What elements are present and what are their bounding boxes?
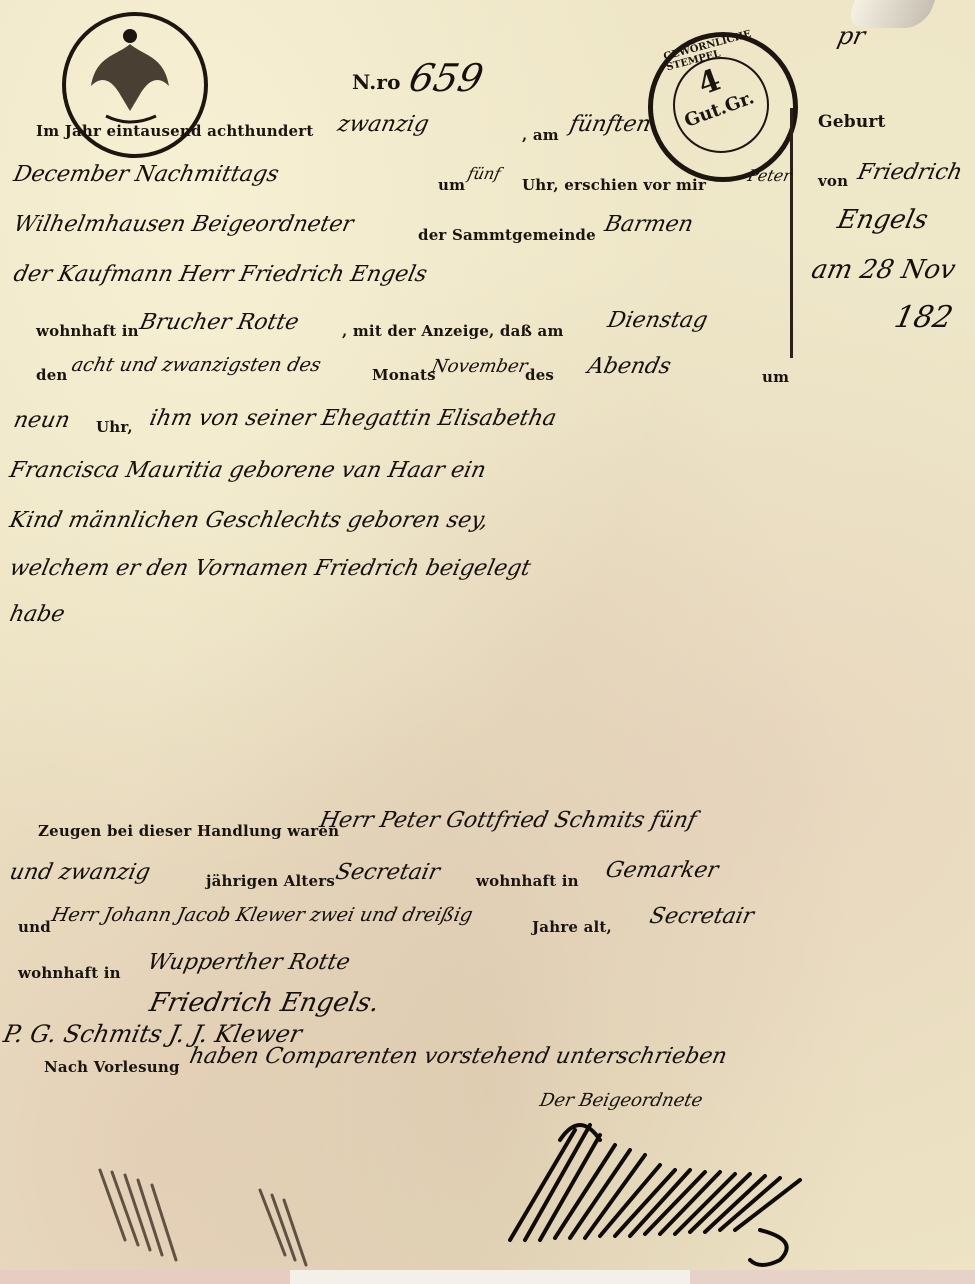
official-signature: Wilhelmhausen bbox=[500, 1110, 850, 1270]
line5-printed-2: , mit der Anzeige, daß am bbox=[342, 322, 564, 340]
margin-year: 182 bbox=[891, 300, 956, 335]
witness1-age-printed: jährigen Alters bbox=[206, 872, 335, 890]
margin-heading: Geburt bbox=[818, 112, 886, 132]
line3-town-hand: Barmen bbox=[602, 212, 695, 237]
line10-name-hand: welchem er den Vornamen Friedrich beigel… bbox=[7, 556, 533, 581]
margin-first-name: Friedrich bbox=[855, 160, 964, 185]
line3-official-hand: Wilhelmhausen Beigeordneter bbox=[11, 212, 355, 237]
number-label: N.ro bbox=[352, 70, 401, 94]
line4-declarant-hand: der Kaufmann Herr Friedrich Engels bbox=[11, 262, 429, 287]
line2-printed: Uhr, erschien vor mir bbox=[522, 176, 706, 194]
witness1-residence-hand: Gemarker bbox=[603, 858, 720, 883]
line5-residence-hand: Brucher Rotte bbox=[137, 310, 301, 335]
line8-mother-hand: Francisca Mauritia geborene van Haar ein bbox=[7, 458, 488, 483]
witness2-residence-printed: wohnhaft in bbox=[18, 964, 121, 982]
witness2-printed: und bbox=[18, 918, 51, 936]
line11-hand: habe bbox=[7, 602, 67, 627]
line9-child-hand: Kind männlichen Geschlechts geboren sey, bbox=[7, 508, 490, 533]
closing-hand: haben Comparenten vorstehend unterschrie… bbox=[187, 1044, 729, 1069]
witness2-name-hand: Herr Johann Jacob Klewer zwei und dreißi… bbox=[50, 904, 475, 926]
line1-printed-am: , am bbox=[522, 126, 559, 144]
witness2-occupation-hand: Secretair bbox=[647, 904, 756, 929]
witness1-occupation-hand: Secretair bbox=[333, 860, 442, 885]
line5-weekday-hand: Dienstag bbox=[605, 308, 710, 333]
line2-hour-hand: fünf bbox=[466, 164, 502, 183]
line6-time-hand: Abends bbox=[585, 354, 673, 379]
line6-day-hand: acht und zwanzigsten des bbox=[70, 354, 323, 376]
margin-date: am 28 Nov bbox=[809, 255, 958, 285]
line7-mother-hand: ihm von seiner Ehegattin Elisabetha bbox=[147, 406, 558, 431]
margin-von-label: von bbox=[818, 172, 848, 190]
line1-year-hand: zwanzig bbox=[335, 112, 431, 137]
closing-printed: Nach Vorlesung bbox=[44, 1058, 180, 1076]
official-title: Der Beigeordnete bbox=[538, 1090, 705, 1111]
line5-printed: wohnhaft in bbox=[36, 322, 139, 340]
witness1-residence-printed: wohnhaft in bbox=[476, 872, 579, 890]
witness1-age-hand: und zwanzig bbox=[7, 860, 152, 885]
ink-smudge bbox=[80, 1160, 380, 1270]
line2-month-hand: December Nachmittags bbox=[11, 162, 281, 187]
line1-day-hand: fünften bbox=[567, 112, 653, 137]
margin-last-name: Engels bbox=[835, 205, 931, 235]
line6-printed-monats: Monats bbox=[372, 366, 436, 384]
line3-printed: der Sammtgemeinde bbox=[418, 226, 596, 244]
father-signature: Friedrich Engels. bbox=[147, 988, 382, 1018]
line6-printed-des: des bbox=[525, 366, 554, 384]
line7-printed: Uhr, bbox=[96, 418, 133, 436]
line2-printed-um: um bbox=[438, 176, 465, 194]
certificate-number: 659 bbox=[405, 56, 487, 100]
witness2-age-printed: Jahre alt, bbox=[532, 918, 612, 936]
witness1-printed: Zeugen bei dieser Handlung waren bbox=[38, 822, 339, 840]
corner-mark: pr bbox=[835, 22, 868, 50]
line6-printed-um: um bbox=[762, 368, 789, 386]
line6-month-hand: November bbox=[430, 356, 530, 377]
tax-stamp-icon: GEWÖRNLICHE STEMPEL 4 Gut.Gr. bbox=[648, 32, 798, 182]
margin-divider bbox=[790, 108, 793, 358]
scan-edge bbox=[0, 1270, 975, 1284]
witness2-residence-hand: Wupperther Rotte bbox=[145, 950, 352, 975]
line7-hour-hand: neun bbox=[11, 408, 72, 433]
line6-printed-den: den bbox=[36, 366, 68, 384]
line1-printed: Im Jahr eintausend achthundert bbox=[36, 122, 314, 140]
witness1-name-hand: Herr Peter Gottfried Schmits fünf bbox=[317, 808, 698, 833]
line2-official-hand: Peter bbox=[746, 166, 793, 185]
